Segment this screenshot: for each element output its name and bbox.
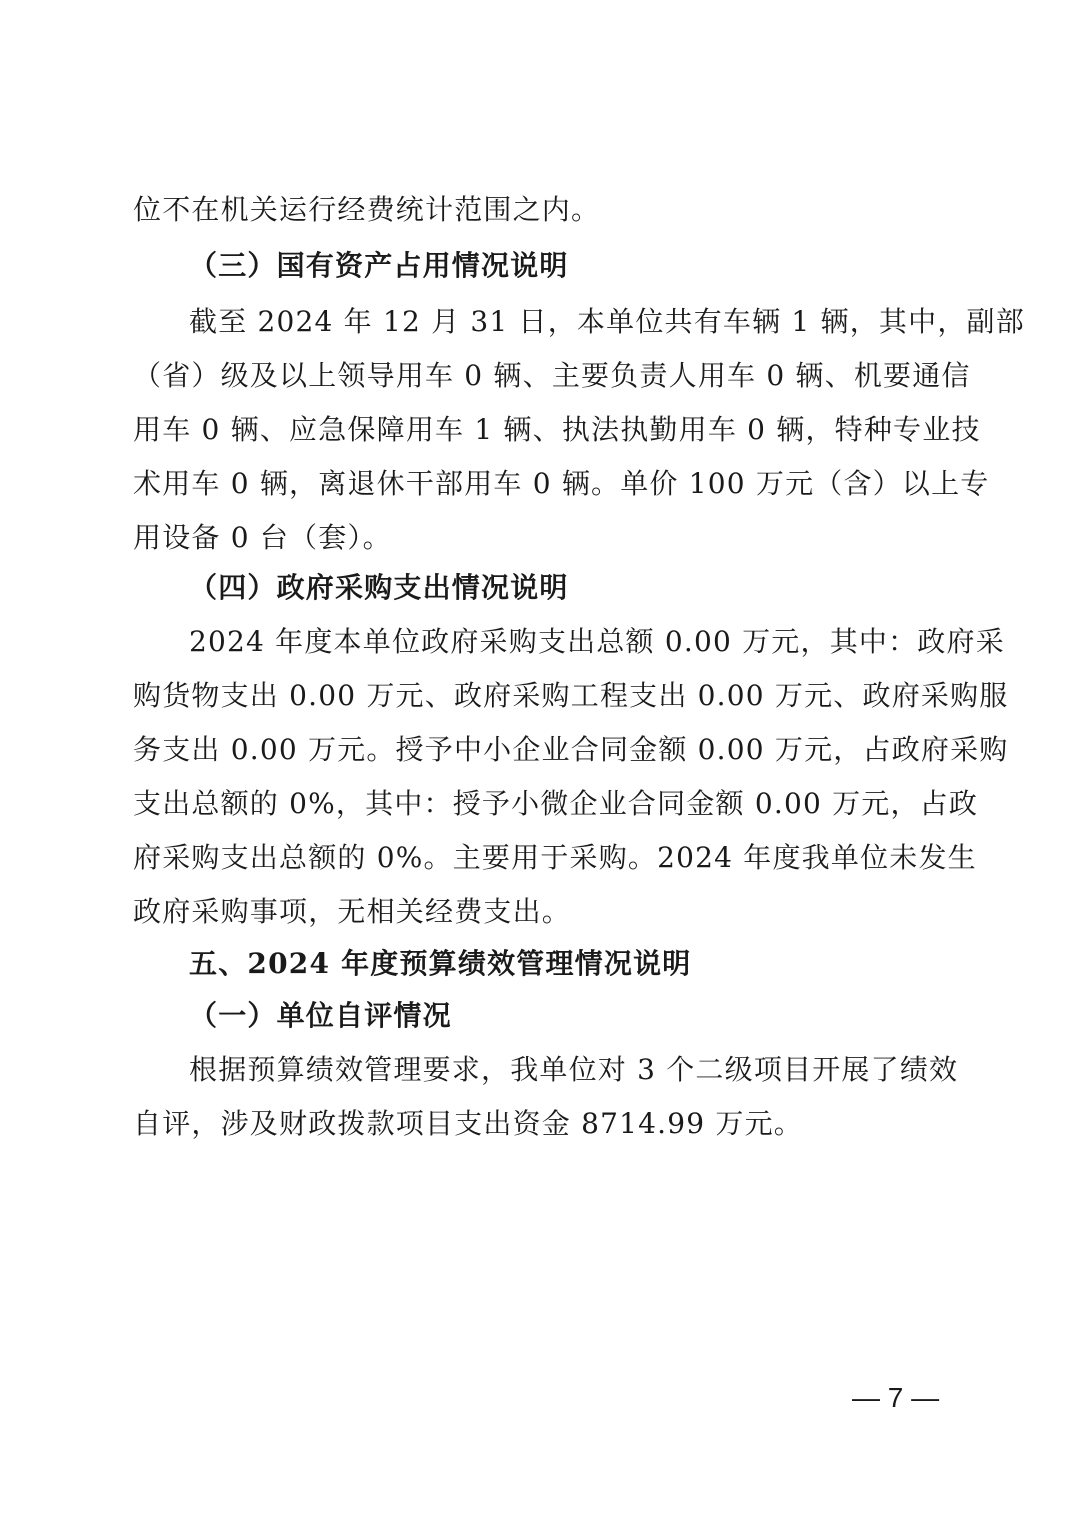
section-heading-4: （四）政府采购支出情况说明 <box>189 568 943 608</box>
paragraph-line: 自评，涉及财政拨款项目支出资金 8714.99 万元。 <box>133 1104 943 1144</box>
paragraph-line: 术用车 0 辆，离退休干部用车 0 辆。单价 100 万元（含）以上专 <box>133 464 943 504</box>
section-heading-5: 五、2024 年度预算绩效管理情况说明 <box>189 944 943 984</box>
paragraph-line: 政府采购事项，无相关经费支出。 <box>133 892 943 932</box>
page-number: — 7 — <box>852 1380 939 1416</box>
paragraph-line: 支出总额的 0%，其中：授予小微企业合同金额 0.00 万元，占政 <box>133 784 943 824</box>
subsection-heading-1: （一）单位自评情况 <box>189 996 943 1036</box>
paragraph-line: 截至 2024 年 12 月 31 日，本单位共有车辆 1 辆，其中，副部 <box>189 302 943 342</box>
paragraph-line: 根据预算绩效管理要求，我单位对 3 个二级项目开展了绩效 <box>189 1050 943 1090</box>
paragraph-line: 府采购支出总额的 0%。主要用于采购。2024 年度我单位未发生 <box>133 838 943 878</box>
section-heading-3: （三）国有资产占用情况说明 <box>189 246 943 286</box>
paragraph-line: 务支出 0.00 万元。授予中小企业合同金额 0.00 万元，占政府采购 <box>133 730 943 770</box>
paragraph-line: 用车 0 辆、应急保障用车 1 辆、执法执勤用车 0 辆，特种专业技 <box>133 410 943 450</box>
paragraph-line: 用设备 0 台（套）。 <box>133 518 943 558</box>
paragraph-line: 购货物支出 0.00 万元、政府采购工程支出 0.00 万元、政府采购服 <box>133 676 943 716</box>
document-page: 位不在机关运行经费统计范围之内。 （三）国有资产占用情况说明 截至 2024 年… <box>0 0 1075 1520</box>
paragraph-line: 位不在机关运行经费统计范围之内。 <box>133 190 943 230</box>
paragraph-line: （省）级及以上领导用车 0 辆、主要负责人用车 0 辆、机要通信 <box>133 356 943 396</box>
paragraph-line: 2024 年度本单位政府采购支出总额 0.00 万元，其中：政府采 <box>189 622 943 662</box>
